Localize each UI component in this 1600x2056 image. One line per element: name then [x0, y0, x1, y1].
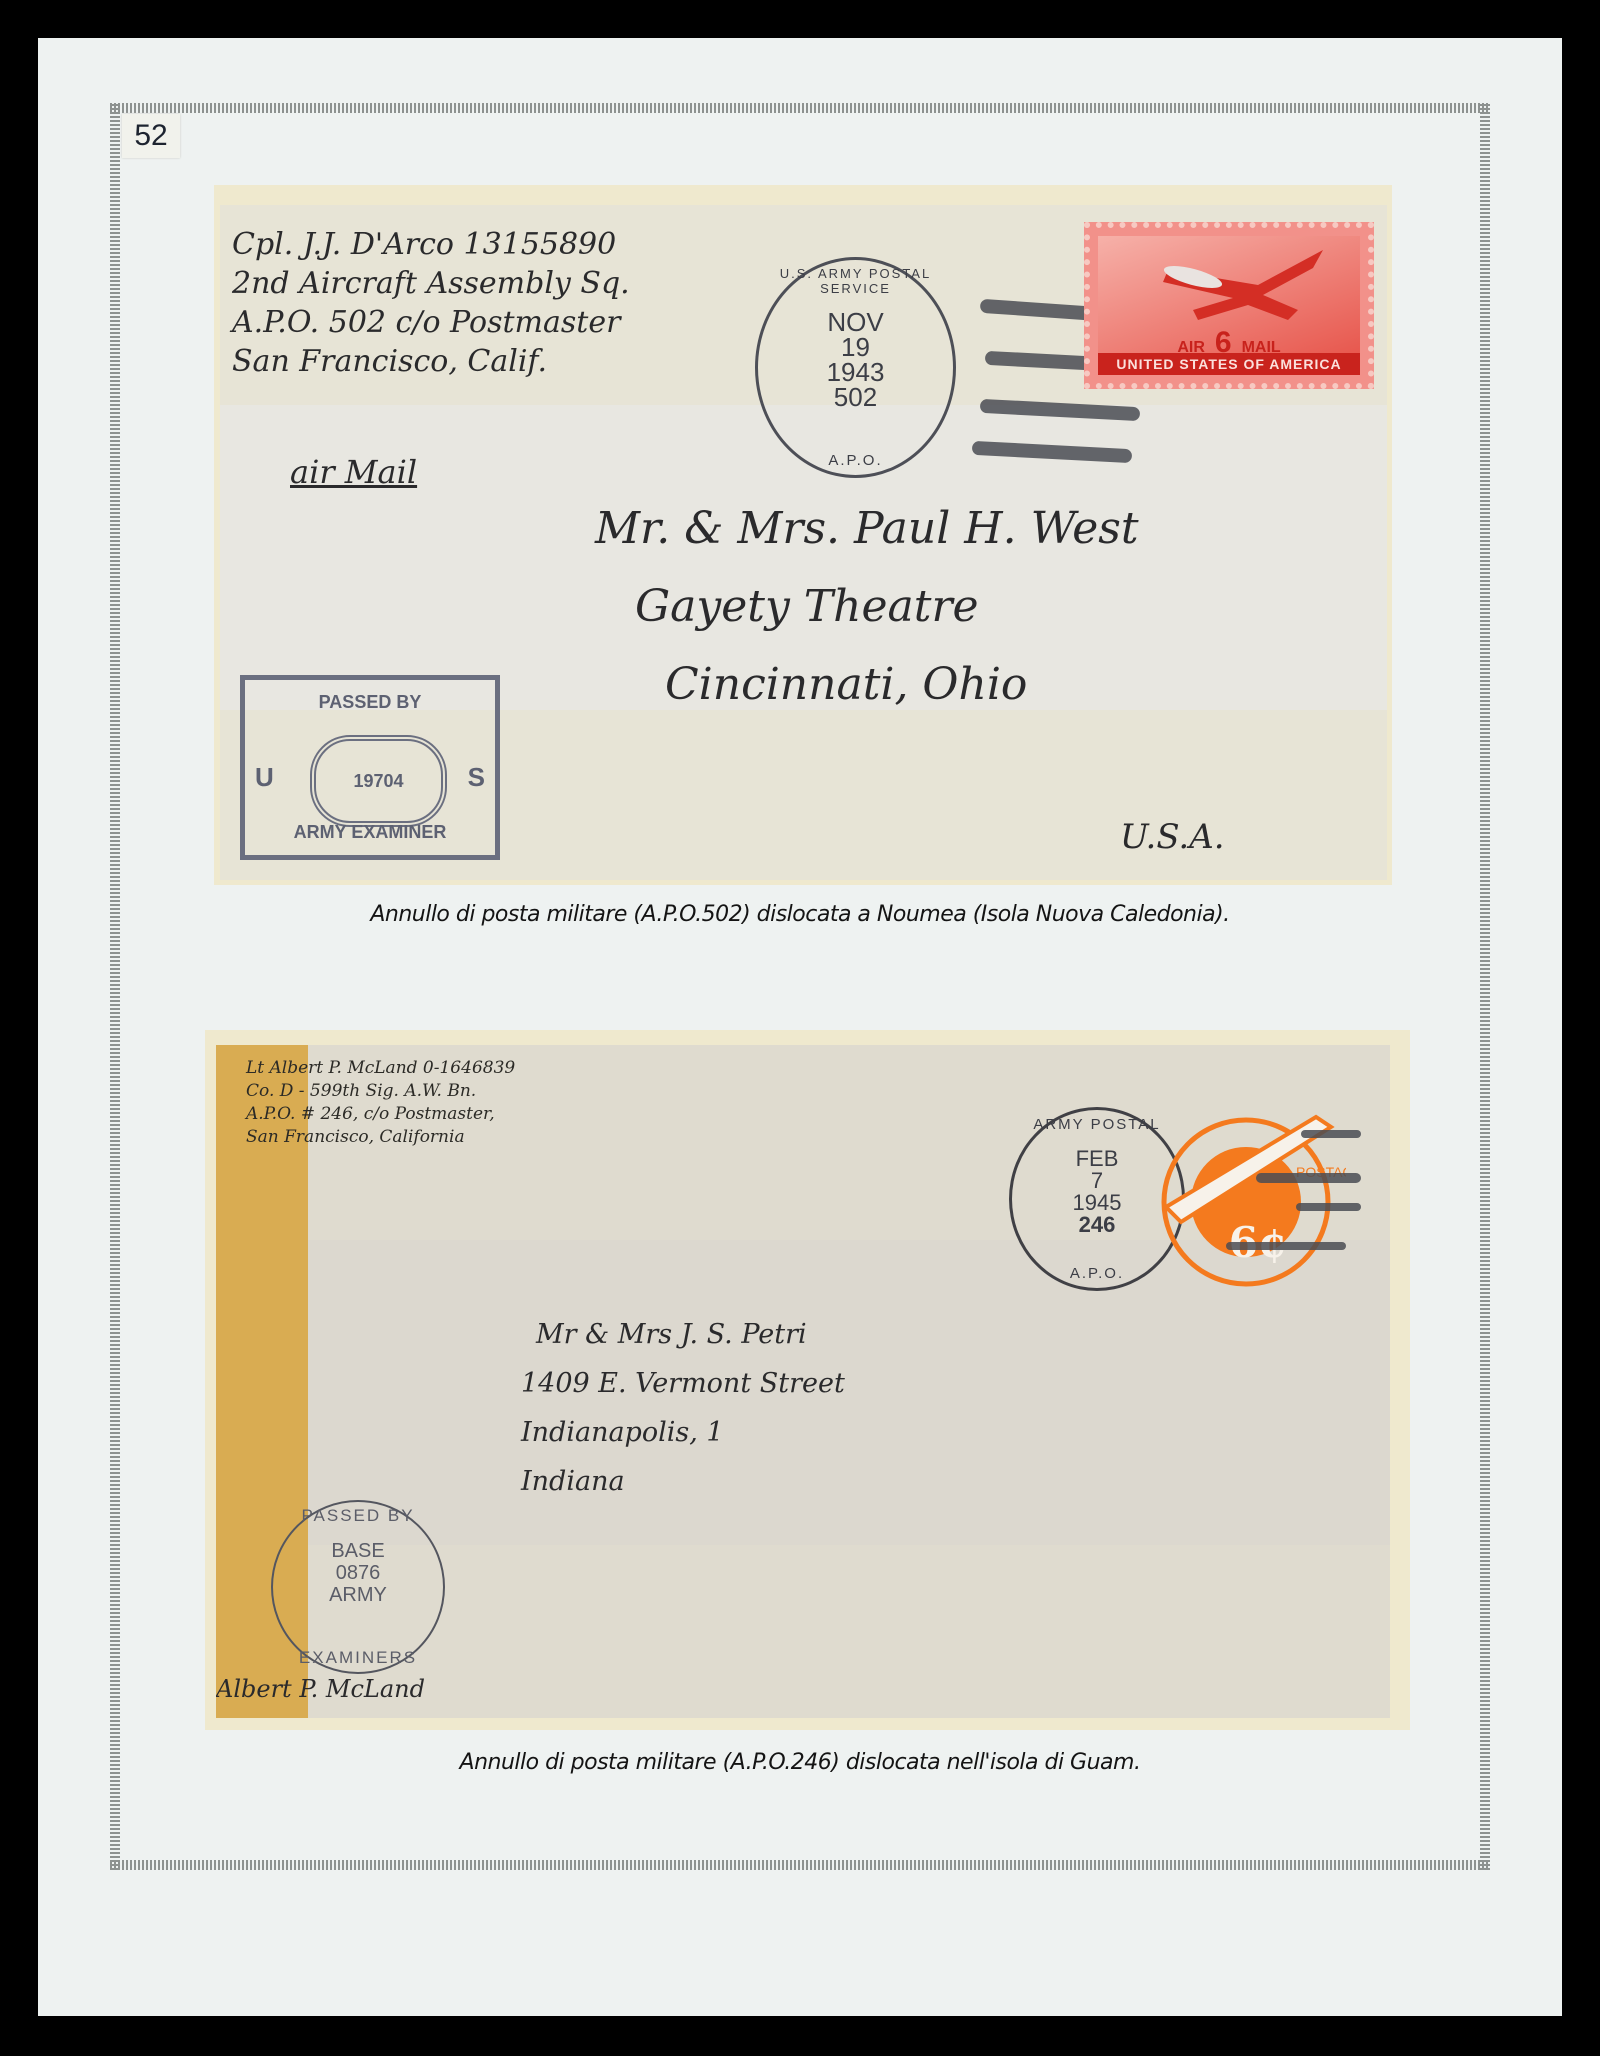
page-number: 52: [122, 114, 180, 158]
return-address-1: Cpl. J.J. D'Arco 13155890 2nd Aircraft A…: [232, 225, 630, 381]
censor-mark-2: PASSED BY BASE 0876 ARMY EXAMINERS: [271, 1500, 445, 1674]
airplane-icon: [1138, 250, 1328, 330]
signature: Albert P. McLand: [216, 1675, 425, 1703]
cover-1: Cpl. J.J. D'Arco 13155890 2nd Aircraft A…: [220, 205, 1387, 880]
country-line: U.S.A.: [1120, 817, 1225, 857]
airmail-stamp: AIR6MAIL CENTS UNITED STATES OF AMERICA: [1084, 222, 1374, 389]
return-address-2: Lt Albert P. McLand 0-1646839 Co. D - 59…: [246, 1057, 515, 1149]
caption-1: Annullo di posta militare (A.P.O.502) di…: [0, 902, 1600, 927]
cover-2: Lt Albert P. McLand 0-1646839 Co. D - 59…: [216, 1045, 1390, 1718]
addressee-2: Mr & Mrs J. S. Petri 1409 E. Vermont Str…: [536, 1310, 845, 1506]
killer-bar: [1296, 1203, 1361, 1211]
airmail-endorsement: air Mail: [290, 453, 417, 491]
killer-bar: [972, 441, 1133, 463]
killer-bar: [1301, 1130, 1361, 1138]
censor-mark-1: PASSED BY U 19704 S ARMY EXAMINER: [240, 675, 500, 860]
killer-bar: [1256, 1173, 1361, 1183]
caption-2: Annullo di posta militare (A.P.O.246) di…: [0, 1750, 1600, 1775]
postmark-1: U.S. ARMY POSTAL SERVICE NOV 19 1943 502…: [755, 257, 956, 478]
killer-bar: [1226, 1242, 1346, 1250]
addressee-1: Mr. & Mrs. Paul H. West Gayety Theatre C…: [595, 490, 1139, 724]
airmail-indicia: 6¢ POSTAGE: [1146, 1097, 1346, 1297]
